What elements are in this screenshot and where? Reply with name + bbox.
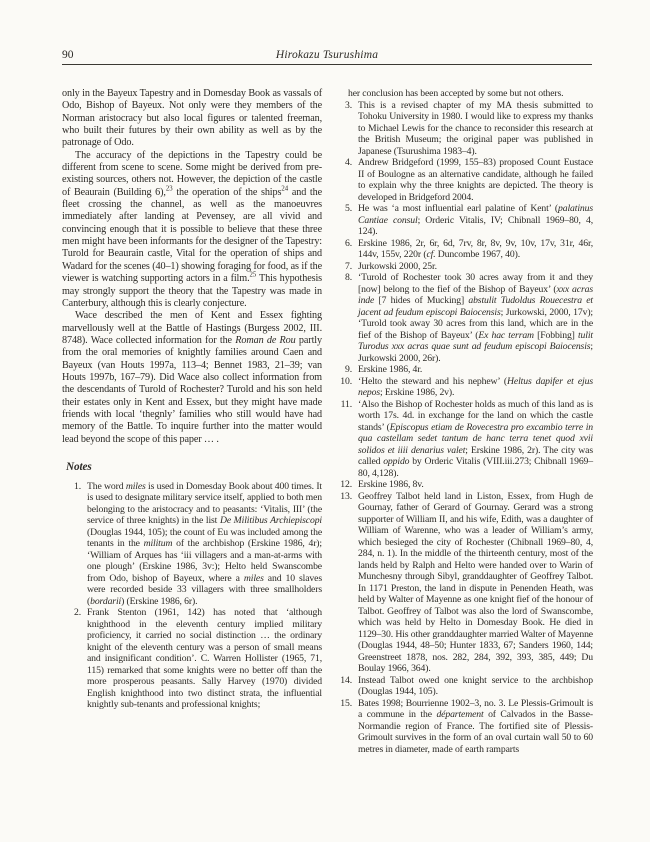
note-number: 13. bbox=[337, 491, 352, 675]
notes-list: 3.This is a revised chapter of my MA the… bbox=[333, 100, 593, 756]
note-item: 15.Bates 1998; Bourrienne 1902–3, no. 3.… bbox=[337, 698, 593, 756]
note-number: 5. bbox=[337, 203, 352, 238]
note-number: 12. bbox=[337, 479, 352, 491]
text-segment: Erskine 1986, 8v. bbox=[358, 479, 424, 490]
note-continuation: her conclusion has been accepted by some… bbox=[348, 88, 593, 100]
text-segment: Instead Talbot owed one knight service t… bbox=[358, 675, 593, 698]
text-segment: miles bbox=[244, 573, 264, 584]
text-segment: This is a revised chapter of my MA thesi… bbox=[358, 100, 593, 157]
note-item: 3.This is a revised chapter of my MA the… bbox=[337, 100, 593, 158]
note-item: 13.Geoffrey Talbot held land in Liston, … bbox=[337, 491, 593, 675]
note-number: 8. bbox=[337, 272, 352, 364]
note-number: 15. bbox=[337, 698, 352, 756]
text-segment: ‘Helto the steward and his nephew’ ( bbox=[358, 376, 507, 387]
text-segment: bordarii bbox=[90, 596, 121, 607]
note-number: 10. bbox=[337, 376, 352, 399]
note-item: 8.‘Turold of Rochester took 30 acres awa… bbox=[337, 272, 593, 364]
note-number: 11. bbox=[337, 399, 352, 480]
text-segment: ) (Erskine 1986, 6r). bbox=[121, 596, 197, 607]
page-header: 90 Hirokazu Tsurushima bbox=[62, 0, 592, 61]
note-text: ‘Turold of Rochester took 30 acres away … bbox=[358, 272, 593, 364]
note-text: Geoffrey Talbot held land in Liston, Ess… bbox=[358, 491, 593, 675]
note-text: Erskine 1986, 8v. bbox=[358, 479, 593, 491]
note-text: The word miles is used in Domesday Book … bbox=[87, 481, 322, 608]
notes-heading: Notes bbox=[66, 461, 322, 473]
text-segment: only in the Bayeux Tapestry and in Domes… bbox=[62, 88, 322, 148]
text-columns: only in the Bayeux Tapestry and in Domes… bbox=[62, 88, 592, 755]
body-paragraph: only in the Bayeux Tapestry and in Domes… bbox=[62, 88, 322, 150]
note-text: ‘Helto the steward and his nephew’ (Helt… bbox=[358, 376, 593, 399]
note-number: 3. bbox=[337, 100, 352, 158]
notes-list: 1.The word miles is used in Domesday Boo… bbox=[62, 481, 322, 711]
text-segment: The word bbox=[87, 481, 126, 492]
note-item: 4.Andrew Bridgeford (1999, 155–83) propo… bbox=[337, 157, 593, 203]
note-text: Frank Stenton (1961, 142) has noted that… bbox=[87, 607, 322, 711]
book-page: 90 Hirokazu Tsurushima only in the Bayeu… bbox=[0, 0, 650, 842]
right-column: her conclusion has been accepted by some… bbox=[333, 88, 593, 755]
text-segment: Geoffrey Talbot held land in Liston, Ess… bbox=[358, 491, 593, 675]
note-number: 4. bbox=[337, 157, 352, 203]
note-text: Bates 1998; Bourrienne 1902–3, no. 3. Le… bbox=[358, 698, 593, 756]
text-segment: and the fleet crossing the channel, as w… bbox=[62, 187, 322, 284]
text-segment: Ex hac terram bbox=[478, 330, 534, 341]
text-segment: He was ‘a most influential earl palatine… bbox=[358, 203, 558, 214]
text-segment: Roman de Rou bbox=[235, 335, 295, 346]
text-segment: miles bbox=[126, 481, 146, 492]
note-text: Jurkowski 2000, 25r. bbox=[358, 261, 593, 273]
note-text: This is a revised chapter of my MA thesi… bbox=[358, 100, 593, 158]
note-number: 14. bbox=[337, 675, 352, 698]
text-segment: département bbox=[436, 709, 483, 720]
note-text: Erskine 1986, 2r, 6r, 6d, 7rv, 8r, 8v, 9… bbox=[358, 238, 593, 261]
body-paragraph: The accuracy of the depictions in the Ta… bbox=[62, 150, 322, 310]
text-segment: Duncombe 1967, 40). bbox=[436, 249, 521, 260]
text-segment: oppido bbox=[383, 456, 409, 467]
text-segment: militum bbox=[144, 538, 173, 549]
text-segment: partly from the oral memories of knightl… bbox=[62, 335, 322, 445]
note-text: He was ‘a most influential earl palatine… bbox=[358, 203, 593, 238]
note-item: 11.‘Also the Bishop of Rochester holds a… bbox=[337, 399, 593, 480]
note-number: 2. bbox=[66, 607, 81, 711]
note-item: 14.Instead Talbot owed one knight servic… bbox=[337, 675, 593, 698]
text-segment: her conclusion has been accepted by some… bbox=[348, 88, 564, 99]
text-segment: [7 hides of Mucking] bbox=[374, 295, 468, 306]
text-segment: cf. bbox=[426, 249, 435, 260]
text-segment: the operation of the ships bbox=[173, 187, 282, 198]
text-segment: Jurkowski 2000, 25r. bbox=[358, 261, 437, 272]
note-number: 9. bbox=[337, 364, 352, 376]
text-segment: De Militibus Archiepiscopi bbox=[220, 515, 322, 526]
note-item: 5.He was ‘a most influential earl palati… bbox=[337, 203, 593, 238]
note-item: 12.Erskine 1986, 8v. bbox=[337, 479, 593, 491]
note-item: 1.The word miles is used in Domesday Boo… bbox=[66, 481, 322, 608]
text-segment: Frank Stenton (1961, 142) has noted that… bbox=[87, 607, 322, 710]
text-segment: Andrew Bridgeford (1999, 155–83) propose… bbox=[358, 157, 593, 203]
note-item: 7.Jurkowski 2000, 25r. bbox=[337, 261, 593, 273]
header-rule bbox=[62, 64, 592, 65]
note-text: Erskine 1986, 4r. bbox=[358, 364, 593, 376]
text-segment: ; Erskine 1986, 2v). bbox=[380, 387, 454, 398]
note-text: Andrew Bridgeford (1999, 155–83) propose… bbox=[358, 157, 593, 203]
note-item: 6.Erskine 1986, 2r, 6r, 6d, 7rv, 8r, 8v,… bbox=[337, 238, 593, 261]
note-item: 9.Erskine 1986, 4r. bbox=[337, 364, 593, 376]
body-paragraph: Wace described the men of Kent and Essex… bbox=[62, 310, 322, 446]
text-segment: [Fobbing] bbox=[534, 330, 578, 341]
note-number: 6. bbox=[337, 238, 352, 261]
footnote-ref: 23 bbox=[166, 185, 173, 192]
note-text: ‘Also the Bishop of Rochester holds as m… bbox=[358, 399, 593, 480]
left-column: only in the Bayeux Tapestry and in Domes… bbox=[62, 88, 322, 755]
note-item: 10.‘Helto the steward and his nephew’ (H… bbox=[337, 376, 593, 399]
note-number: 7. bbox=[337, 261, 352, 273]
text-segment: Erskine 1986, 4r. bbox=[358, 364, 422, 375]
note-number: 1. bbox=[66, 481, 81, 608]
running-title: Hirokazu Tsurushima bbox=[62, 49, 592, 61]
note-text: Instead Talbot owed one knight service t… bbox=[358, 675, 593, 698]
note-item: 2.Frank Stenton (1961, 142) has noted th… bbox=[66, 607, 322, 711]
